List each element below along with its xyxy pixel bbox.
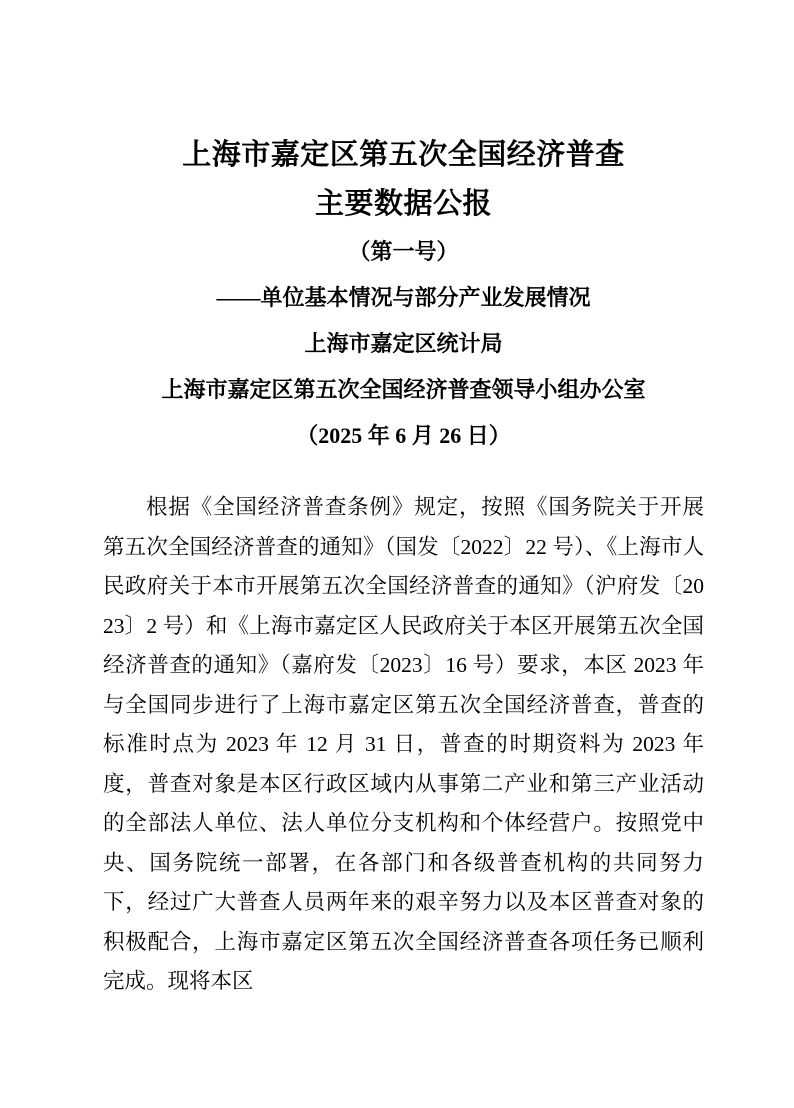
document-subtitle: ——单位基本情况与部分产业发展情况 xyxy=(103,275,704,321)
title-line-1: 上海市嘉定区第五次全国经济普查 xyxy=(103,131,704,180)
document-date: （2025 年 6 月 26 日） xyxy=(103,413,704,459)
document-title: 上海市嘉定区第五次全国经济普查 主要数据公报 xyxy=(103,131,704,229)
title-line-2: 主要数据公报 xyxy=(103,180,704,229)
issue-number: （第一号） xyxy=(103,229,704,275)
body-paragraph-1: 根据《全国经济普查条例》规定，按照《国务院关于开展第五次全国经济普查的通知》（国… xyxy=(103,488,704,1002)
issuing-agency-census-leading-group-office: 上海市嘉定区第五次全国经济普查领导小组办公室 xyxy=(103,367,704,413)
issuing-agency-statistics-bureau: 上海市嘉定区统计局 xyxy=(103,321,704,367)
document-page: 上海市嘉定区第五次全国经济普查 主要数据公报 （第一号） ——单位基本情况与部分… xyxy=(0,0,794,1108)
